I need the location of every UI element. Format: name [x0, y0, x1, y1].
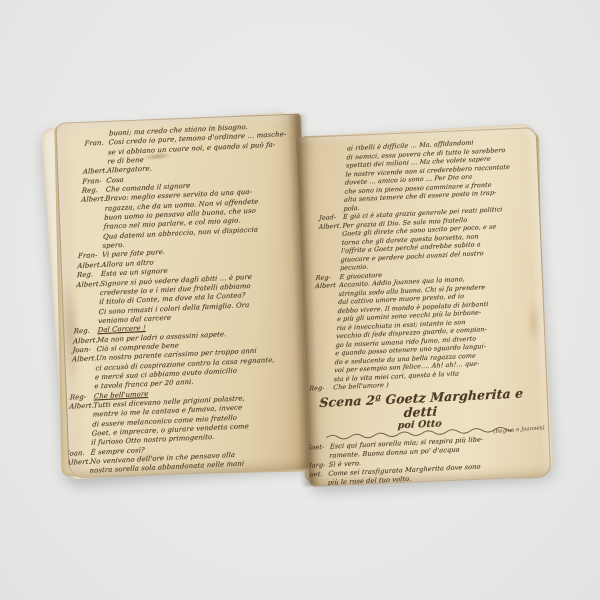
speaker-label	[83, 164, 107, 165]
speaker-label	[310, 381, 334, 382]
speaker-label	[321, 185, 345, 186]
speaker-label	[312, 347, 336, 348]
right-page: ai ribelli è difficile … Ma, affidandomi…	[295, 127, 551, 487]
speaker-label	[317, 253, 341, 254]
speaker-label	[75, 314, 99, 315]
speaker-label	[69, 417, 93, 418]
speaker-label	[68, 436, 92, 437]
speaker-label	[321, 176, 345, 177]
speaker-label	[317, 261, 341, 262]
speaker-label	[314, 313, 338, 314]
speaker-label	[312, 338, 336, 339]
speaker-label	[322, 167, 346, 168]
right-page-dialogue-top: ai ribelli è difficile … Ma, affidandomi…	[309, 135, 549, 393]
speaker-label	[310, 372, 334, 373]
speaker-label	[323, 150, 347, 151]
photo-backdrop: buoni; ma credo che stiano in bisogno.Fr…	[0, 0, 600, 600]
speaker-label	[313, 321, 337, 322]
dialogue-text: Albergatore.	[107, 165, 153, 175]
speaker-label	[311, 355, 335, 356]
dialogue-text: Sì è vero.	[329, 459, 362, 469]
speaker-label: Reg-	[309, 383, 333, 393]
speaker-label	[74, 323, 98, 324]
speaker-label	[314, 304, 338, 305]
speaker-label	[304, 485, 328, 486]
speaker-label	[81, 210, 105, 211]
dialogue-text: Che bell'umore )	[333, 381, 389, 392]
speaker-label	[84, 154, 108, 155]
speaker-label	[317, 244, 341, 245]
dialogue-text: pola.	[343, 203, 360, 212]
dialogue-text: Cosa	[106, 176, 124, 185]
dialogue-text: spero.	[102, 241, 125, 250]
speaker-label	[315, 295, 339, 296]
speaker-label	[313, 330, 337, 331]
manuscript-book: buoni; ma credo che stiano in bisogno.Fr…	[50, 104, 555, 504]
speaker-label	[79, 229, 103, 230]
speaker-label	[320, 193, 344, 194]
speaker-label	[79, 239, 103, 240]
speaker-label	[319, 210, 343, 211]
left-page-text: buoni; ma credo che stiano in bisogno.Fr…	[65, 120, 315, 478]
speaker-label	[76, 295, 100, 296]
speaker-label	[305, 457, 329, 458]
speaker-label	[78, 248, 102, 249]
speaker-label	[70, 389, 94, 390]
speaker-label	[71, 379, 95, 380]
right-page-text: ai ribelli è difficile … Ma, affidandomi…	[303, 135, 549, 487]
speaker-label	[80, 220, 104, 221]
speaker-label	[85, 135, 109, 136]
speaker-label	[320, 202, 344, 203]
speaker-label	[71, 370, 95, 371]
speaker-label	[68, 426, 92, 427]
right-page-dialogue-bottom: Goet-Esci qui fuori sorella mia; si resp…	[303, 433, 531, 487]
speaker-label	[322, 159, 346, 160]
speaker-label	[65, 473, 89, 474]
speaker-label	[67, 445, 91, 446]
left-page: buoni; ma credo che stiano in bisogno.Fr…	[55, 113, 314, 478]
speaker-label	[75, 304, 99, 305]
speaker-label	[311, 364, 335, 365]
speaker-label	[316, 270, 340, 271]
dialogue-text: Vi pare fate pure.	[102, 248, 166, 259]
speaker-label	[318, 236, 342, 237]
